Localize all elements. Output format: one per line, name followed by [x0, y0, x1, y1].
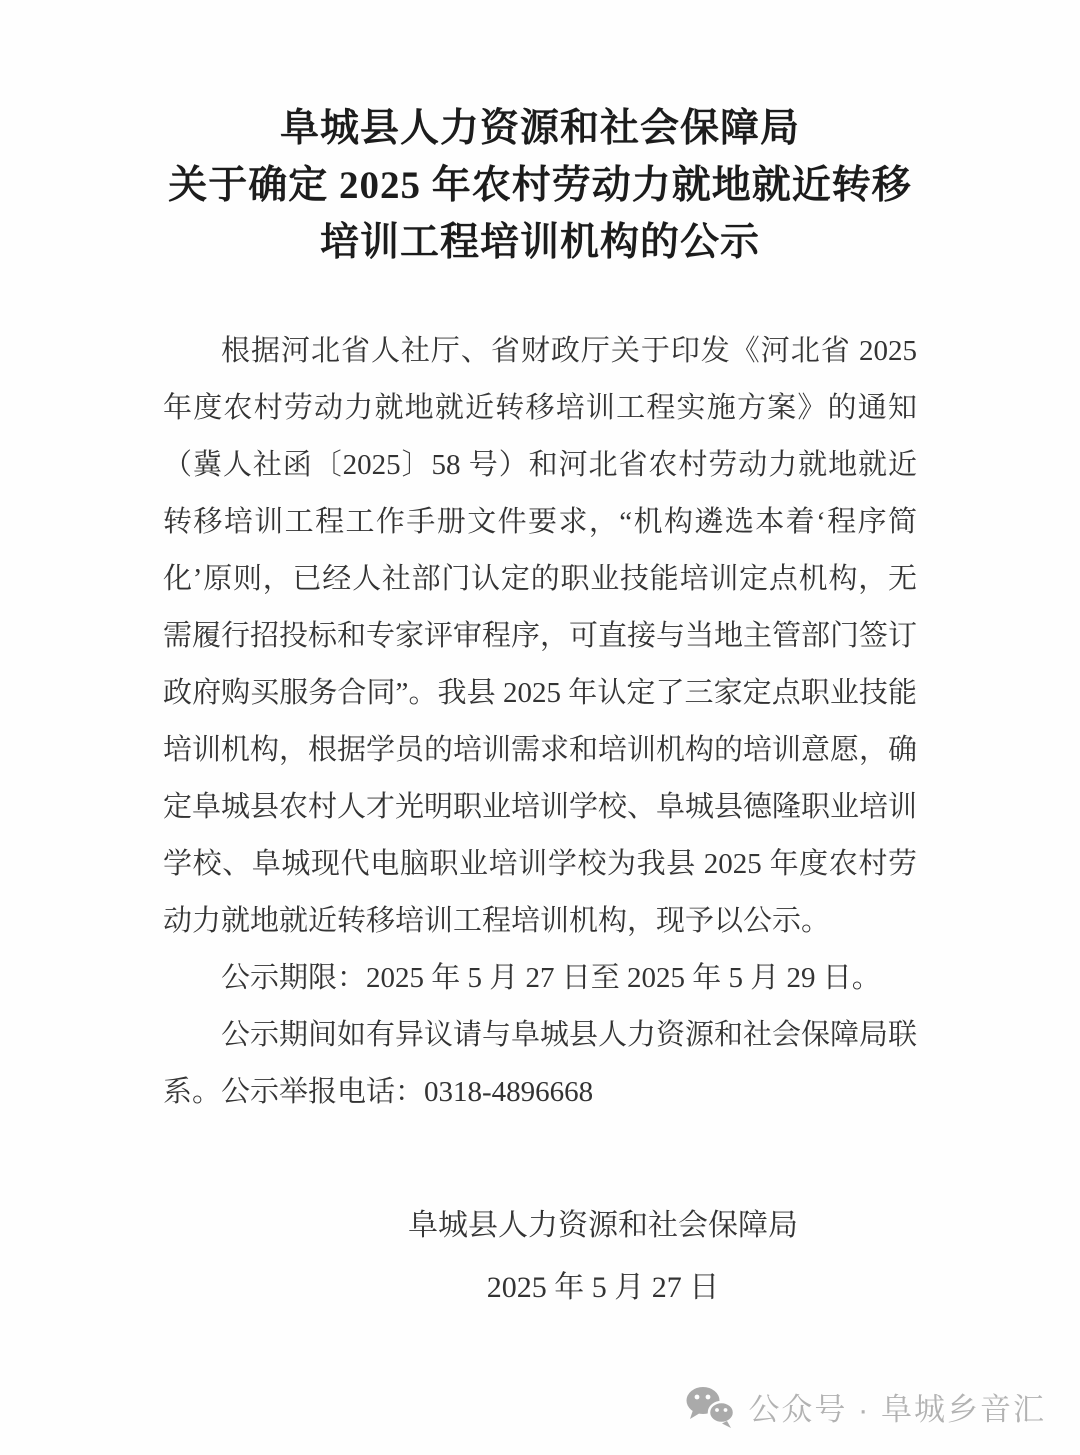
signature-org: 阜城县人力资源和社会保障局	[63, 1195, 1080, 1257]
title-line-3: 培训工程培训机构的公示	[0, 214, 1080, 271]
title-line-1: 阜城县人力资源和社会保障局	[0, 100, 1080, 157]
body-paragraph-period: 公示期限：2025 年 5 月 27 日至 2025 年 5 月 29 日。	[163, 950, 917, 1007]
signature-date: 2025 年 5 月 27 日	[63, 1257, 1080, 1319]
title-line-2: 关于确定 2025 年农村劳动力就地就近转移	[0, 157, 1080, 214]
document-body: 根据河北省人社厅、省财政厅关于印发《河北省 2025 年度农村劳动力就地就近转移…	[163, 323, 917, 1121]
watermark-label: 公众号 · 阜城乡音汇	[748, 1384, 1046, 1429]
document-title: 阜城县人力资源和社会保障局 关于确定 2025 年农村劳动力就地就近转移 培训工…	[0, 100, 1080, 271]
watermark: 公众号 · 阜城乡音汇	[684, 1384, 1046, 1429]
document-page: 阜城县人力资源和社会保障局 关于确定 2025 年农村劳动力就地就近转移 培训工…	[0, 0, 1080, 1455]
wechat-icon	[684, 1385, 736, 1429]
signature-block: 阜城县人力资源和社会保障局 2025 年 5 月 27 日	[63, 1195, 1080, 1319]
body-paragraph-contact: 公示期间如有异议请与阜城县人力资源和社会保障局联系。公示举报电话：0318-48…	[163, 1007, 917, 1121]
body-paragraph-basis: 根据河北省人社厅、省财政厅关于印发《河北省 2025 年度农村劳动力就地就近转移…	[163, 323, 917, 950]
